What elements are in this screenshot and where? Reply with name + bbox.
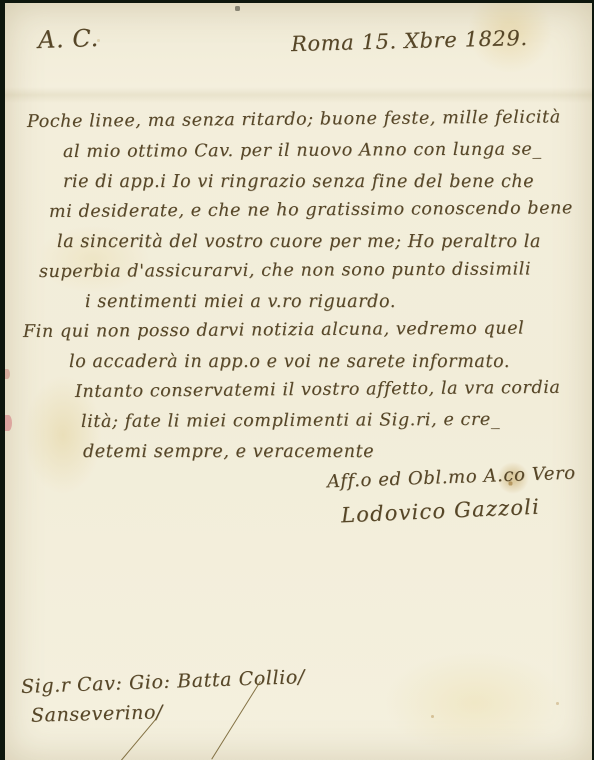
paper-edge-mark bbox=[5, 369, 10, 379]
paper-edge-mark bbox=[5, 415, 12, 431]
letter-line: rie di app.i Io vi ringrazio senza fine … bbox=[63, 167, 585, 197]
recipient-address-line: Sanseverino/ bbox=[31, 701, 164, 726]
letter-line: Poche linee, ma senza ritardo; buone fes… bbox=[27, 102, 585, 137]
pen-flourish bbox=[211, 681, 261, 760]
letter-line: superbia d'assicurarvi, che non sono pun… bbox=[39, 254, 585, 287]
letter-line: lità; fate li miei complimenti ai Sig.ri… bbox=[81, 404, 585, 437]
dateline: Roma 15. Xbre 1829. bbox=[291, 26, 528, 56]
salutation: A. C. bbox=[38, 24, 100, 54]
valediction: Aff.o ed Obl.mo A.co Vero bbox=[327, 463, 576, 493]
letter-line: i sentimenti miei a v.ro riguardo. bbox=[85, 287, 585, 317]
letter-line: la sincerità del vostro cuore per me; Ho… bbox=[57, 227, 585, 257]
recipient-address-line: Sig.r Cav: Gio: Batta Collio/ bbox=[21, 666, 306, 698]
letter-line: al mio ottimo Cav. per il nuovo Anno con… bbox=[63, 134, 585, 167]
signature: Lodovico Gazzoli bbox=[341, 495, 541, 528]
letter-body: Poche linee, ma senza ritardo; buone fes… bbox=[19, 107, 585, 467]
scanned-letter-image: A. C. Roma 15. Xbre 1829. Poche linee, m… bbox=[0, 0, 594, 760]
letter-paper: A. C. Roma 15. Xbre 1829. Poche linee, m… bbox=[5, 3, 592, 760]
paper-stain-spots bbox=[5, 3, 6, 4]
letter-line: Intanto conservatemi il vostro affetto, … bbox=[75, 373, 585, 407]
letter-line: mi desiderate, e che ne ho gratissimo co… bbox=[49, 193, 585, 227]
letter-line: detemi sempre, e veracemente bbox=[83, 437, 585, 467]
letter-line: Fin qui non posso darvi notizia alcuna, … bbox=[23, 313, 585, 347]
